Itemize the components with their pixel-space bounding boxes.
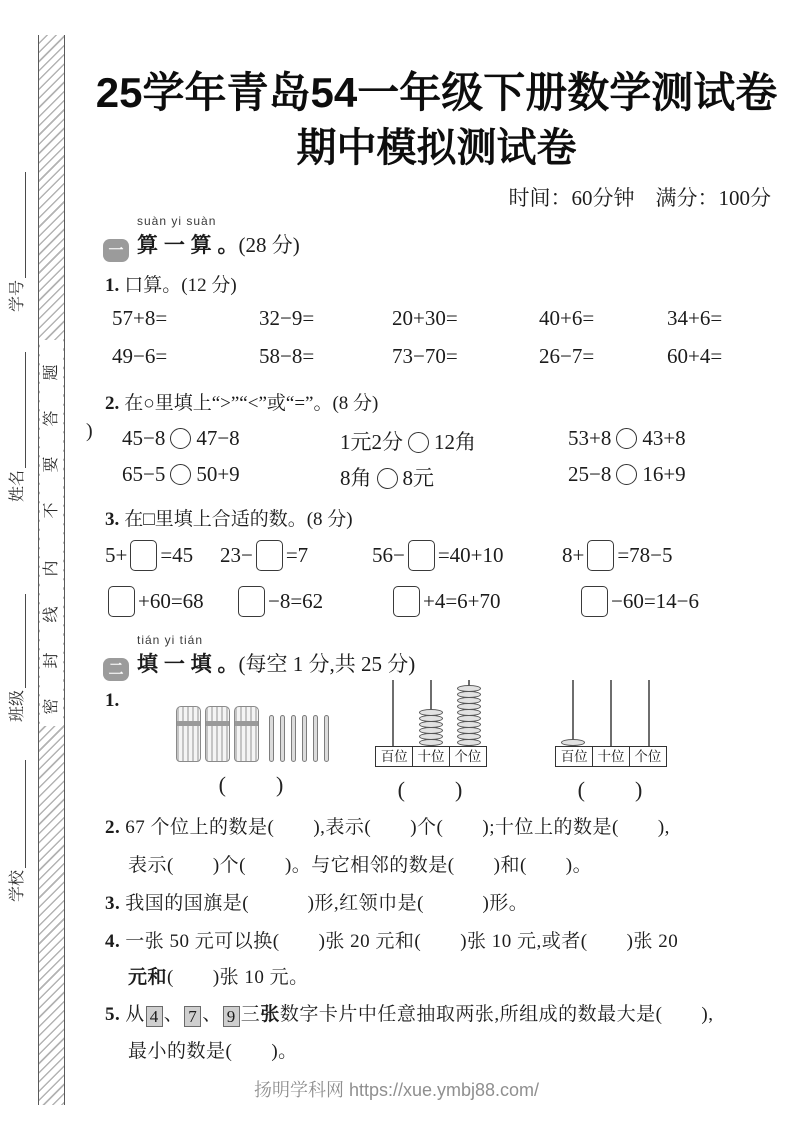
expression: 20+30= bbox=[392, 306, 539, 331]
hundreds-label: 百位 bbox=[555, 746, 593, 767]
ones-label: 个位 bbox=[629, 746, 667, 767]
abacus-figure-1: 百位 十位 个位 ( ) bbox=[372, 680, 490, 804]
fill-box-item: 56−=40+10 bbox=[372, 540, 562, 571]
single-stick bbox=[313, 715, 318, 762]
fill-box-item: 23−=7 bbox=[220, 540, 372, 571]
comparison-item: 53+843+8 bbox=[568, 426, 783, 456]
oral-calc-row-1: 57+8= 32−9= 20+30= 40+6= 34+6= bbox=[112, 306, 783, 331]
fill-box-item: +60=68 bbox=[105, 586, 235, 617]
student-id-blank-line[interactable] bbox=[25, 172, 26, 278]
section1-header: 一算 一 算 。(28 分) bbox=[103, 229, 300, 262]
tens-label: 十位 bbox=[412, 746, 450, 767]
abacus-figure-2: 百位 十位 个位 ( ) bbox=[552, 680, 670, 804]
fill-box-item: +4=6+70 bbox=[390, 586, 578, 617]
tens-rod bbox=[592, 680, 630, 746]
student-id-label: 学号 bbox=[7, 280, 29, 312]
question-1-3-stem: 3.在□里填上合适的数。(8 分) bbox=[105, 504, 353, 531]
question-1-2-stem: 2.在○里填上“>”“<”或“=”。(8 分) bbox=[105, 388, 378, 415]
section2-number-icon: 二 bbox=[103, 658, 129, 681]
paper-title-line2: 期中模拟测试卷 bbox=[80, 116, 793, 173]
section2-header: 二填 一 填 。(每空 1 分,共 25 分) bbox=[103, 648, 415, 681]
answer-paren[interactable]: ( ) bbox=[398, 773, 465, 804]
single-stick bbox=[302, 715, 307, 762]
blank-box[interactable] bbox=[408, 540, 435, 571]
section2-title: 填 一 填 。 bbox=[137, 653, 239, 676]
answer-paren[interactable]: ( ) bbox=[578, 773, 645, 804]
expression: 40+6= bbox=[539, 306, 667, 331]
hundreds-rod bbox=[374, 680, 412, 746]
expression: 58−8= bbox=[259, 344, 392, 369]
number-card: 9 bbox=[223, 1006, 240, 1027]
school-blank-line[interactable] bbox=[25, 760, 26, 868]
hundreds-rod bbox=[554, 680, 592, 746]
ones-rod bbox=[630, 680, 668, 746]
expression: 32−9= bbox=[259, 306, 392, 331]
answer-paren[interactable]: ( ) bbox=[219, 768, 286, 799]
fill-box-row-2: +60=68 −8=62 +4=6+70 −60=14−6 bbox=[105, 586, 783, 617]
ones-rod bbox=[450, 680, 488, 746]
fill-box-item: −60=14−6 bbox=[578, 586, 783, 617]
compare-row-1: 45−847−8 1元2分12角 53+843+8 bbox=[122, 426, 783, 456]
bold-run: 张 bbox=[260, 1004, 280, 1025]
single-stick bbox=[324, 715, 329, 762]
abacus1-rods bbox=[374, 680, 488, 746]
question-2-4-line1: 4.一张 50 元可以换( )张 20 元和( )张 10 元,或者( )张 2… bbox=[105, 926, 678, 953]
question-2-3-line: 3.我国的国旗是( )形,红领巾是( )形。 bbox=[105, 888, 528, 915]
stick-bundles-figure: ( ) bbox=[172, 702, 332, 799]
stick-bundle-group bbox=[176, 706, 259, 762]
comparison-item: 65−550+9 bbox=[122, 462, 340, 492]
expression: 34+6= bbox=[667, 306, 783, 331]
fill-box-item: 8+=78−5 bbox=[562, 540, 783, 571]
compare-circle[interactable] bbox=[616, 428, 637, 449]
seal-line-text: 密 封 线 内 不 要 答 题 bbox=[40, 340, 63, 726]
name-field: 姓名 bbox=[5, 352, 29, 502]
paper-title-line1: 25学年青岛54一年级下册数学测试卷 bbox=[80, 60, 793, 120]
stick-bundle-of-10 bbox=[176, 706, 201, 762]
abacus-bead bbox=[457, 739, 481, 746]
blank-box[interactable] bbox=[587, 540, 614, 571]
blank-box[interactable] bbox=[108, 586, 135, 617]
expression: 60+4= bbox=[667, 344, 783, 369]
abacus-bead bbox=[419, 739, 443, 746]
tens-label: 十位 bbox=[592, 746, 630, 767]
comparison-item: 25−816+9 bbox=[568, 462, 783, 492]
compare-circle[interactable] bbox=[377, 468, 398, 489]
section1-number-icon: 一 bbox=[103, 239, 129, 262]
blank-box[interactable] bbox=[130, 540, 157, 571]
student-id-field: 学号 bbox=[5, 172, 29, 312]
compare-circle[interactable] bbox=[408, 432, 429, 453]
class-blank-line[interactable] bbox=[25, 594, 26, 688]
oral-calc-row-2: 49−6= 58−8= 73−70= 26−7= 60+4= bbox=[112, 344, 783, 369]
print-artifact: ) bbox=[86, 420, 93, 443]
compare-row-2: 65−550+9 8角8元 25−816+9 bbox=[122, 462, 783, 492]
ones-label: 个位 bbox=[449, 746, 487, 767]
question-1-1-stem: 1.口算。(12 分) bbox=[105, 270, 237, 297]
compare-circle[interactable] bbox=[616, 464, 637, 485]
stick-bundle-of-10 bbox=[205, 706, 230, 762]
fill-box-row-1: 5+=45 23−=7 56−=40+10 8+=78−5 bbox=[105, 540, 783, 571]
compare-circle[interactable] bbox=[170, 428, 191, 449]
question-2-2-line2: 表示( )个( )。与它相邻的数是( )和( )。 bbox=[128, 850, 592, 877]
number-card: 4 bbox=[146, 1006, 163, 1027]
single-stick bbox=[269, 715, 274, 762]
expression: 26−7= bbox=[539, 344, 667, 369]
comparison-item: 1元2分12角 bbox=[340, 426, 568, 456]
name-blank-line[interactable] bbox=[25, 352, 26, 468]
time-score-meta: 时间：60分钟 满分：100分 bbox=[509, 182, 772, 212]
question-2-2-line1: 2.67 个位上的数是( ),表示( )个( );十位上的数是( ), bbox=[105, 812, 670, 839]
stick-bundle-of-10 bbox=[234, 706, 259, 762]
sticks-row bbox=[176, 702, 329, 762]
single-stick bbox=[280, 715, 285, 762]
place-value-labels: 百位 十位 个位 bbox=[375, 746, 487, 767]
single-sticks-group bbox=[269, 715, 329, 762]
name-label: 姓名 bbox=[7, 470, 29, 502]
expression: 73−70= bbox=[392, 344, 539, 369]
school-label: 学校 bbox=[7, 870, 29, 902]
question-2-5-line1: 5.从4、7、9三张数字卡片中任意抽取两张,所组成的数最大是( ), bbox=[105, 999, 713, 1027]
test-paper-page: 密 封 线 内 不 要 答 题 学号 姓名 班级 学校 ) 25学年青岛54一年… bbox=[0, 0, 793, 1122]
school-field: 学校 bbox=[5, 760, 29, 902]
abacus2-rods bbox=[554, 680, 668, 746]
site-watermark: 扬明学科网 https://xue.ymbj88.com/ bbox=[0, 1076, 793, 1102]
bold-run: 元和 bbox=[128, 967, 167, 988]
compare-circle[interactable] bbox=[170, 464, 191, 485]
section1-score: (28 分) bbox=[239, 233, 300, 257]
question-2-1-number: 1. bbox=[105, 690, 124, 712]
class-field: 班级 bbox=[5, 594, 29, 722]
section2-score: (每空 1 分,共 25 分) bbox=[239, 652, 416, 676]
blank-box[interactable] bbox=[238, 586, 265, 617]
number-card: 7 bbox=[184, 1006, 201, 1027]
expression: 49−6= bbox=[112, 344, 259, 369]
class-label: 班级 bbox=[7, 690, 29, 722]
section1-pinyin: suàn yi suàn bbox=[137, 214, 216, 228]
expression: 57+8= bbox=[112, 306, 259, 331]
hundreds-label: 百位 bbox=[375, 746, 413, 767]
tens-rod bbox=[412, 680, 450, 746]
section1-title: 算 一 算 。 bbox=[137, 234, 239, 257]
comparison-item: 45−847−8 bbox=[122, 426, 340, 456]
question-2-4-line2: 元和( )张 10 元。 bbox=[128, 962, 309, 989]
question-2-5-line2: 最小的数是( )。 bbox=[128, 1036, 298, 1063]
blank-box[interactable] bbox=[581, 586, 608, 617]
abacus-bead bbox=[561, 739, 585, 746]
place-value-labels: 百位 十位 个位 bbox=[555, 746, 667, 767]
single-stick bbox=[291, 715, 296, 762]
fill-box-item: −8=62 bbox=[235, 586, 390, 617]
comparison-item: 8角8元 bbox=[340, 462, 568, 492]
blank-box[interactable] bbox=[256, 540, 283, 571]
blank-box[interactable] bbox=[393, 586, 420, 617]
section2-pinyin: tián yi tián bbox=[137, 633, 203, 647]
fill-box-item: 5+=45 bbox=[105, 540, 220, 571]
